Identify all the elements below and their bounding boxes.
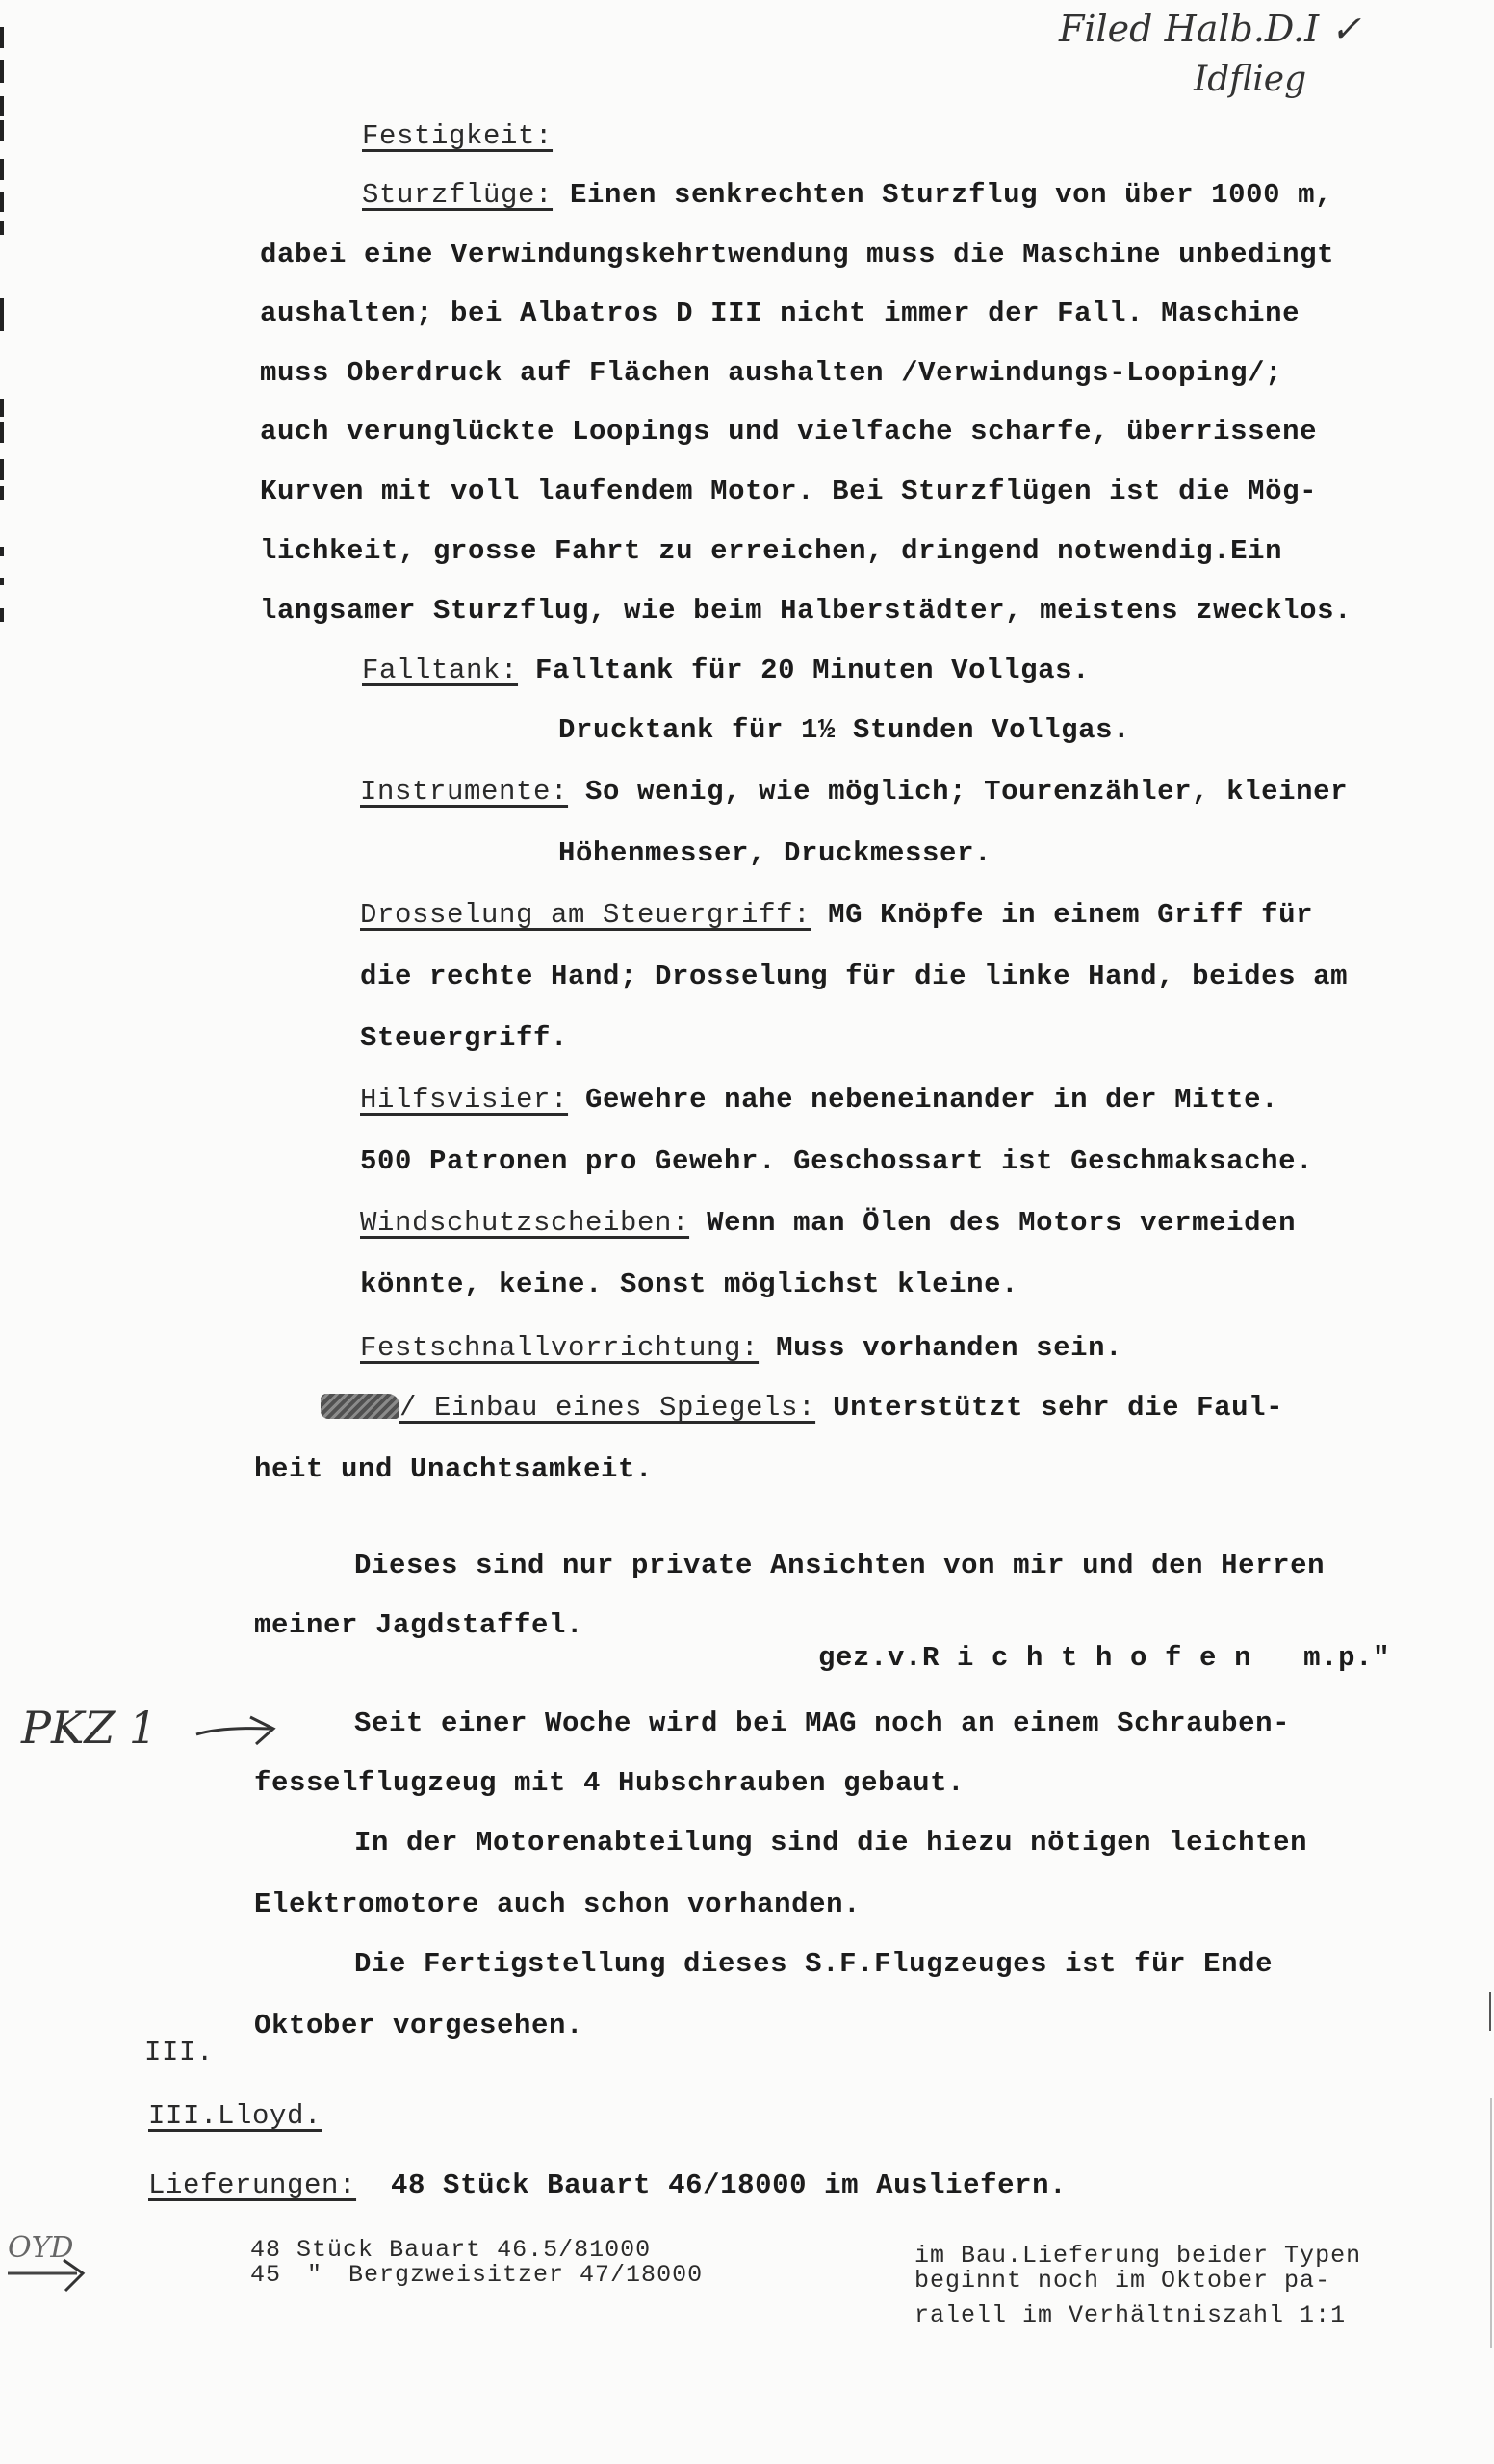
text-line: 500 Patronen pro Gewehr. Geschossart ist…	[360, 1145, 1313, 1178]
text-line: lichkeit, grosse Fahrt zu erreichen, dri…	[260, 535, 1282, 568]
paragraph-sturzfluege: Sturzflüge: Einen senkrechten Sturzflug …	[362, 179, 1332, 212]
binding-mark	[0, 399, 4, 417]
binding-mark	[0, 486, 4, 500]
text-closing-cont: meiner Jagdstaffel.	[254, 1609, 583, 1642]
text-drucktank: Drucktank für 1½ Stunden Vollgas.	[558, 714, 1130, 747]
text-line: Kurven mit voll laufendem Motor. Bei Stu…	[260, 475, 1317, 508]
paragraph-hilfsvisier: Hilfsvisier: Gewehre nahe nebeneinander …	[360, 1084, 1278, 1116]
label-instrumente: Instrumente:	[360, 776, 568, 808]
section-numeral: III.	[144, 2037, 214, 2069]
text-closing: Dieses sind nur private Ansichten von mi…	[354, 1550, 1325, 1582]
arrow-right-icon	[193, 1713, 279, 1752]
binding-mark	[0, 120, 4, 141]
label-festschnall: Festschnallvorrichtung:	[360, 1332, 759, 1364]
table-row: 48 Stück Bauart 46.5/81000	[250, 2237, 651, 2264]
binding-mark	[0, 459, 4, 480]
note-line: ralell im Verhältniszahl 1:1	[914, 2302, 1346, 2329]
text-line: aushalten; bei Albatros D III nicht imme…	[260, 297, 1300, 330]
text-festschnall: Muss vorhanden sein.	[759, 1332, 1122, 1364]
note-line: im Bau.Lieferung beider Typen	[914, 2243, 1361, 2270]
text-line: Oktober vorgesehen.	[254, 2010, 583, 2042]
text-line: langsamer Sturzflug, wie beim Halberstäd…	[260, 595, 1352, 628]
text-line: auch verunglückte Loopings und vielfache…	[260, 416, 1317, 449]
edge-mark	[1489, 1992, 1491, 2031]
text-drosselung: MG Knöpfe in einem Griff für	[811, 899, 1313, 931]
text-line: muss Oberdruck auf Flächen aushalten /Ve…	[260, 357, 1282, 390]
cell-qty: 45	[250, 2261, 281, 2289]
text-instrumente: So wenig, wie möglich; Tourenzähler, kle…	[568, 776, 1348, 808]
cell-unit: Stück	[296, 2236, 373, 2264]
handwritten-pkz-note: PKZ 1	[21, 1702, 157, 1754]
text-line: könnte, keine. Sonst möglichst kleine.	[360, 1269, 1018, 1301]
binding-mark	[0, 298, 4, 331]
heading-festigkeit: Festigkeit:	[362, 120, 553, 153]
binding-mark	[0, 577, 4, 585]
label-falltank: Falltank:	[362, 654, 518, 686]
table-row: 45"Bergzweisitzer 47/18000	[250, 2262, 703, 2289]
text-line: dabei eine Verwindungskehrtwendung muss …	[260, 239, 1334, 271]
binding-mark	[0, 60, 4, 83]
text-line: Die Fertigstellung dieses S.F.Flugzeuges…	[354, 1948, 1273, 1981]
binding-mark	[0, 27, 4, 48]
cell-unit: "	[281, 2262, 348, 2289]
cell-qty: 48	[250, 2236, 281, 2264]
crossed-out-text	[321, 1394, 399, 1419]
text-line: heit und Unachtsamkeit.	[254, 1453, 653, 1486]
binding-mark	[0, 221, 4, 235]
text-mag: Seit einer Woche wird bei MAG noch an ei…	[354, 1707, 1290, 1740]
handwritten-idflieg-note: Idflieg	[1194, 60, 1306, 99]
paragraph-windschutz: Windschutzscheiben: Wenn man Ölen des Mo…	[360, 1207, 1296, 1240]
label-spiegel: / Einbau eines Spiegels:	[399, 1392, 815, 1424]
text-line: Elektromotore auch schon vorhanden.	[254, 1888, 861, 1921]
paragraph-falltank: Falltank: Falltank für 20 Minuten Vollga…	[362, 654, 1090, 687]
paragraph-drosselung: Drosselung am Steuergriff: MG Knöpfe in …	[360, 899, 1313, 932]
binding-mark	[0, 608, 4, 622]
text-instrumente-cont: Höhenmesser, Druckmesser.	[558, 837, 992, 870]
text-line: Steuergriff.	[360, 1022, 568, 1055]
cell-desc: Bergzweisitzer 47/18000	[348, 2261, 703, 2289]
heading-lloyd: III.Lloyd.	[148, 2100, 322, 2133]
binding-mark	[0, 422, 4, 443]
paragraph-spiegel: / Einbau eines Spiegels: Unterstützt seh…	[399, 1392, 1283, 1424]
text-sturzfluege: Einen senkrechten Sturzflug von über 100…	[553, 179, 1332, 211]
cell-desc: Bauart 46.5/81000	[389, 2236, 651, 2264]
binding-mark	[0, 547, 4, 556]
text-windschutz: Wenn man Ölen des Motors vermeiden	[689, 1207, 1296, 1239]
text-lieferungen: 48 Stück Bauart 46/18000 im Ausliefern.	[356, 2169, 1067, 2201]
text-line: In der Motorenabteilung sind die hiezu n…	[354, 1827, 1307, 1860]
label-lieferungen: Lieferungen:	[148, 2169, 356, 2201]
paragraph-festschnall: Festschnallvorrichtung: Muss vorhanden s…	[360, 1332, 1122, 1365]
binding-mark	[0, 96, 4, 115]
label-drosselung: Drosselung am Steuergriff:	[360, 899, 811, 931]
label-hilfsvisier: Hilfsvisier:	[360, 1084, 568, 1116]
note-line: beginnt noch im Oktober pa-	[914, 2268, 1330, 2295]
handwritten-filed-note: Filed Halb.D.I ✓	[1059, 8, 1361, 50]
text-falltank: Falltank für 20 Minuten Vollgas.	[518, 654, 1090, 686]
document-page: Filed Halb.D.I ✓ Idflieg Festigkeit: Stu…	[0, 0, 1494, 2464]
edge-mark	[1490, 2098, 1492, 2348]
text-hilfsvisier: Gewehre nahe nebeneinander in der Mitte.	[568, 1084, 1278, 1116]
paragraph-instrumente: Instrumente: So wenig, wie möglich; Tour…	[360, 776, 1348, 808]
signature: gez.v.R i c h t h o f e n m.p."	[818, 1642, 1390, 1675]
text-line: fesselflugzeug mit 4 Hubschrauben gebaut…	[254, 1767, 965, 1800]
label-sturzfluege: Sturzflüge:	[362, 179, 553, 211]
text-spiegel: Unterstützt sehr die Faul-	[815, 1392, 1283, 1424]
binding-mark	[0, 192, 4, 212]
arrow-right-icon	[4, 2256, 90, 2295]
paragraph-lieferungen: Lieferungen: 48 Stück Bauart 46/18000 im…	[148, 2169, 1067, 2202]
label-windschutz: Windschutzscheiben:	[360, 1207, 689, 1239]
text-line: die rechte Hand; Drosselung für die link…	[360, 961, 1348, 993]
binding-mark	[0, 159, 4, 180]
